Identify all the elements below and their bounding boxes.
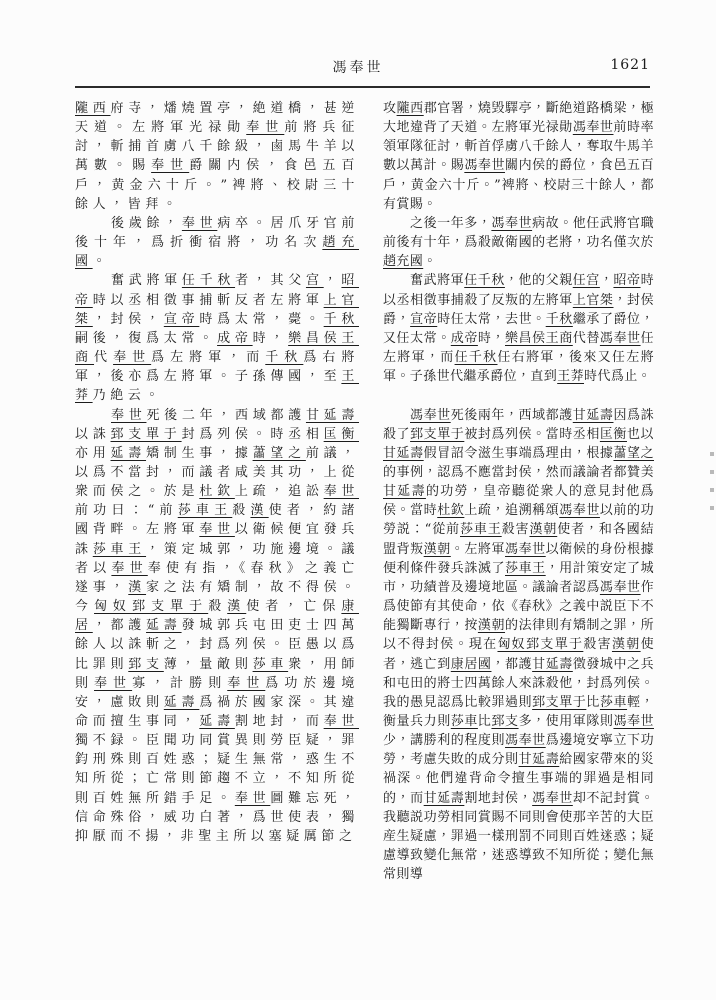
classical-text-paragraph-3: 奮武將軍任千秋者，其父宫，昭帝時以丞相徵事捕斬反者左將軍上官桀，封侯，宣帝時爲太… — [75, 271, 359, 405]
book-page: 馮奉世 1621 隴西府寺，燔燒置亭，絶道橋，甚逆天道。左將軍光禄勛奉世前將兵征… — [0, 0, 716, 1000]
page-edge-marks — [710, 452, 715, 622]
two-column-text-block: 隴西府寺，燔燒置亭，絶道橋，甚逆天道。左將軍光禄勛奉世前將兵征討，斬捕首虜八千餘… — [75, 99, 654, 884]
translation-text-paragraph-1: 攻隴西郡官署，燒毁驛亭，斷絶道路橋梁，極大地違背了天道。左將軍光禄勛馮奉世前時率… — [383, 99, 654, 214]
classical-text-paragraph-2: 後歲餘，奉世病卒。居爪牙官前後十年，爲折衝宿將，功名次趙充國。 — [75, 214, 359, 271]
page-number: 1621 — [610, 57, 650, 73]
classical-text-paragraph-1: 隴西府寺，燔燒置亭，絶道橋，甚逆天道。左將軍光禄勛奉世前將兵征討，斬捕首虜八千餘… — [75, 99, 359, 214]
header-rule — [75, 86, 650, 88]
translation-text-paragraph-2: 之後一年多，馮奉世病故。他任武將官職前後有十年，爲殺敵衛國的老將，功名僅次於趙充… — [383, 214, 654, 271]
running-header-title: 馮奉世 — [0, 57, 716, 77]
translation-text-paragraph-3: 奮武將軍任千秋，他的父親任宫，昭帝時以丞相徵事捕殺了反叛的左將軍上官桀，封侯爵，… — [383, 271, 654, 405]
classical-text-paragraph-4: 奉世死後二年，西域都護甘延壽以誅郅支單于封爲列侯。時丞相匡衡亦用延壽矯制生事，據… — [75, 406, 359, 885]
translation-text-paragraph-4: 馮奉世死後兩年，西域都護甘延壽因爲誅殺了郅支單于被封爲列侯。當時丞相匡衡也以甘延… — [383, 406, 654, 885]
